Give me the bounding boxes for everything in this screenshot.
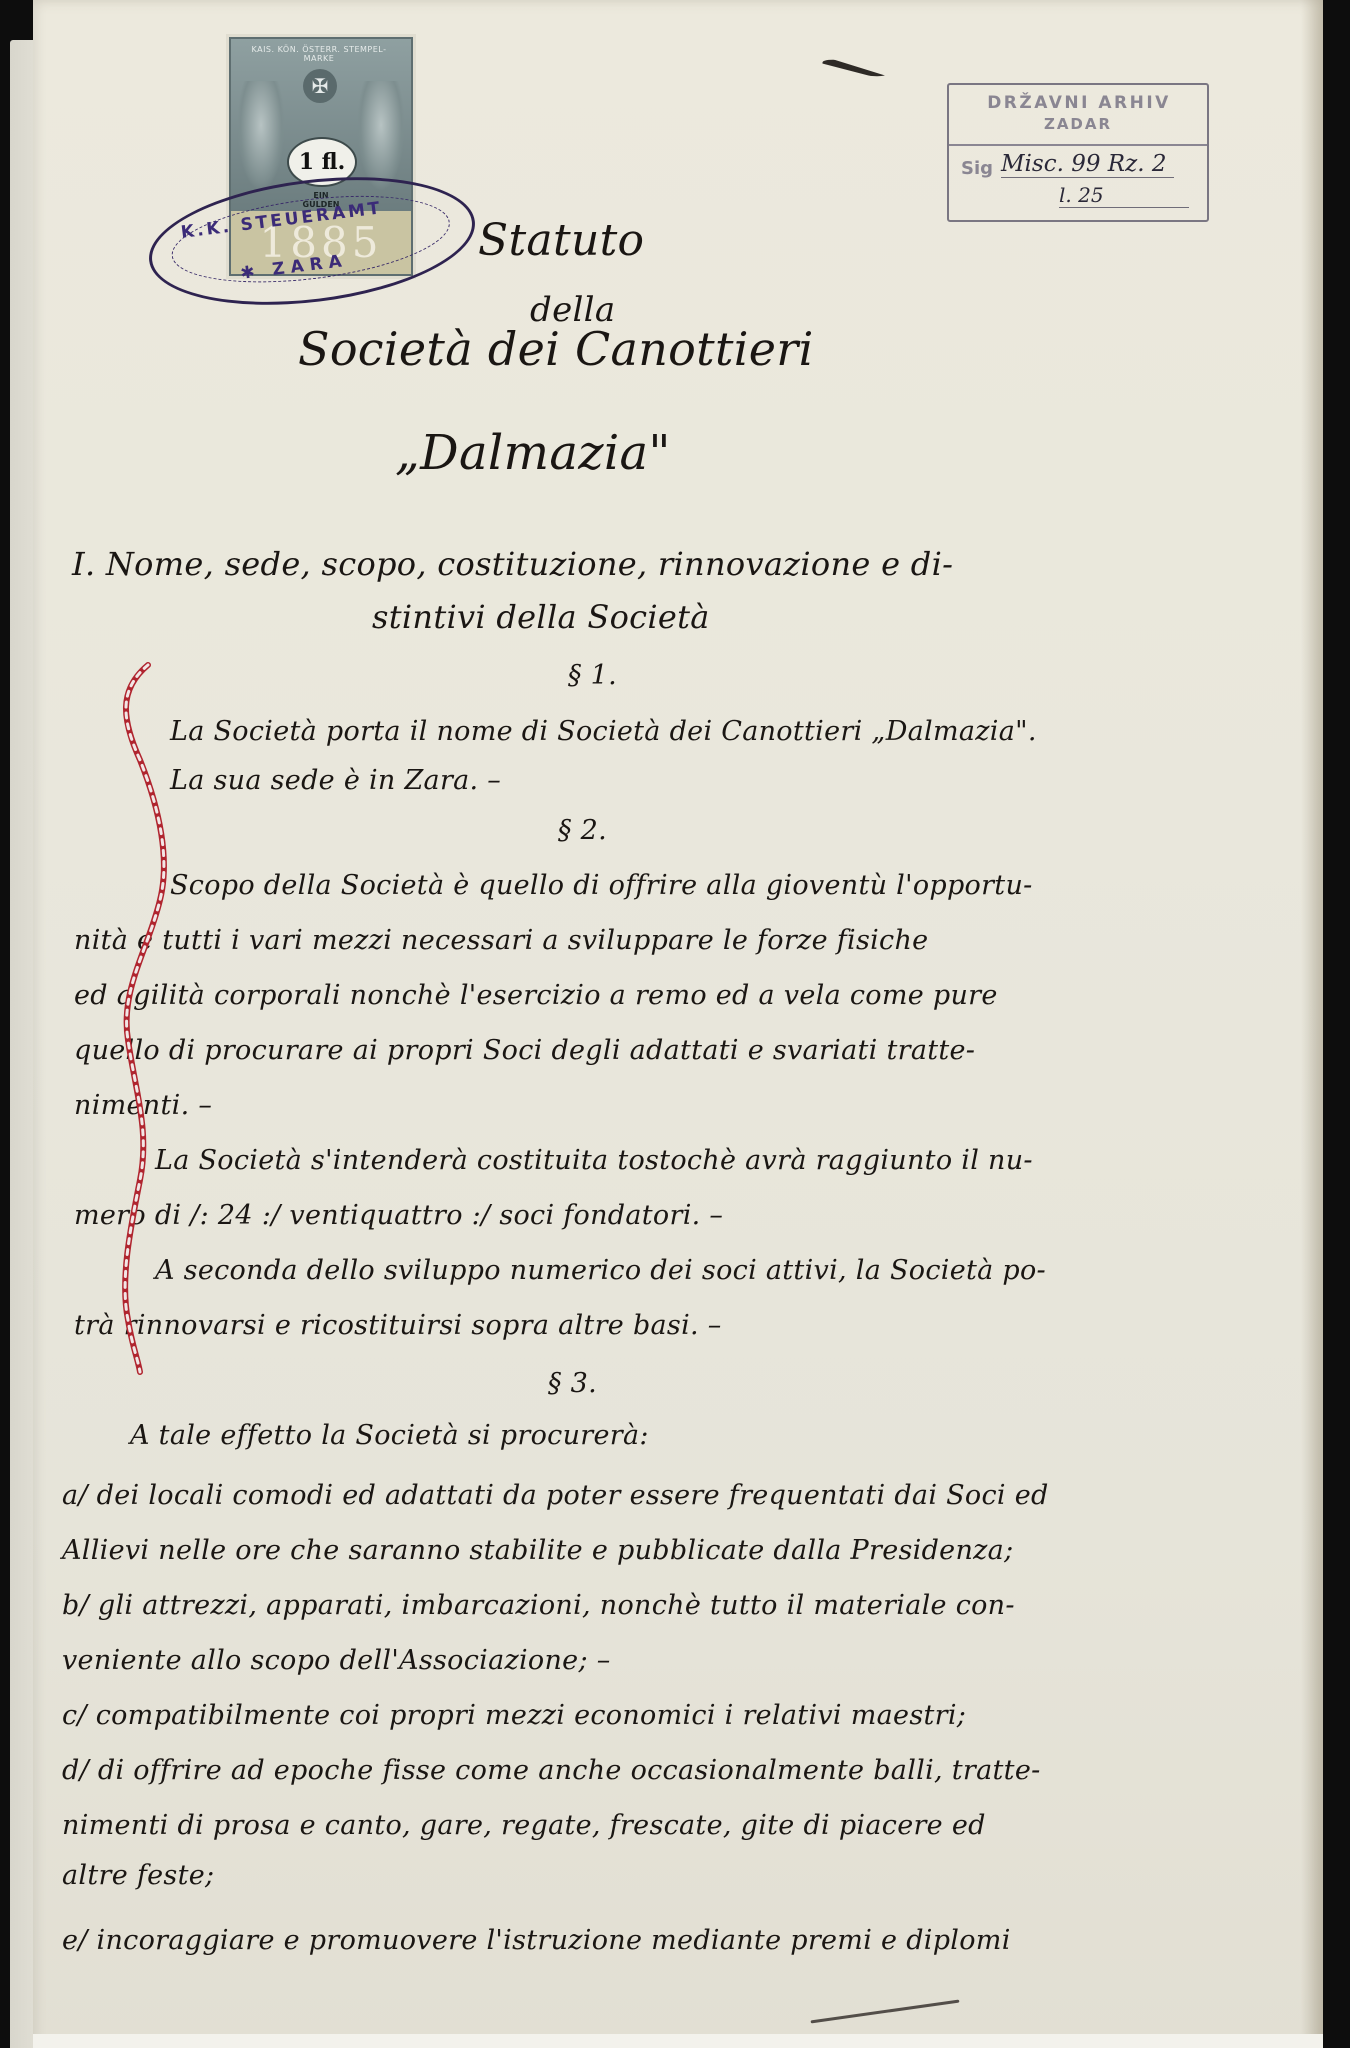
archive-signature-label: Sig [961,158,993,179]
section-3-line: nimenti di prosa e canto, gare, regate, … [62,1810,986,1841]
section-3-line: A tale effetto la Società si procurerà: [130,1420,649,1451]
section-2-line: mero di /: 24 :/ ventiquattro :/ soci fo… [74,1200,723,1231]
title-dalmazia: „Dalmazia" [395,425,671,481]
title-society-name: Società dei Canottieri [298,322,814,376]
archive-stamp: DRŽAVNI ARHIV ZADAR Sig Misc. 99 Rz. 2 l… [947,83,1209,222]
archive-name: DRŽAVNI ARHIV [961,93,1197,113]
section-3-item-c: c/ compatibilmente coi propri mezzi econ… [62,1700,966,1731]
section-2-line: Scopo della Società è quello di offrire … [170,870,1033,901]
section-3-line: altre feste; [62,1860,214,1891]
section-3-item-a: a/ dei locali comodi ed adattati da pote… [62,1480,1049,1511]
section-2-line: ed agilità corporali nonchè l'esercizio … [74,980,998,1011]
section-2-line: La Società s'intenderà costituita tostoc… [155,1145,1033,1176]
section-1-label: § 1. [568,660,617,691]
section-3-label: § 3. [548,1368,597,1399]
section-1-line: La Società porta il nome di Società dei … [170,716,1037,747]
section-1-line: La sua sede è in Zara. – [170,765,501,796]
archive-city: ZADAR [949,115,1207,133]
section-2-label: § 2. [558,815,607,846]
page-bottom-edge [33,2034,1323,2048]
chapter-heading-line-2: stintivi della Società [372,598,710,636]
archive-signature-line-1: Misc. 99 Rz. 2 [1001,151,1174,178]
archive-divider [949,144,1207,146]
section-2-line: nità e tutti i vari mezzi necessari a sv… [74,925,928,956]
page-right-edge-shadow [1301,0,1323,2048]
section-3-item-b: b/ gli attrezzi, apparati, imbarcazioni,… [62,1590,1015,1621]
section-2-line: A seconda dello sviluppo numerico dei so… [155,1255,1046,1286]
section-3-line: Allievi nelle ore che saranno stabilite … [62,1535,1013,1566]
stamp-figure-right-icon [357,81,405,191]
seal-star-icon: ✱ [239,262,262,284]
section-3-line: veniente allo scopo dell'Associazione; – [62,1645,611,1676]
document-page [33,0,1323,2048]
section-2-line: quello di procurare ai propri Soci degli… [74,1035,975,1066]
section-2-line: trà rinnovarsi e ricostituirsi sopra alt… [74,1310,722,1341]
section-3-item-d: d/ di offrire ad epoche fisse come anche… [62,1755,1041,1786]
title-statuto: Statuto [478,215,644,266]
double-headed-eagle-icon: ✠ [303,69,337,103]
chapter-heading-line-1: I. Nome, sede, scopo, costituzione, rinn… [72,545,953,583]
stamp-figure-left-icon [237,81,285,191]
archive-signature-line-2: l. 25 [1059,183,1189,208]
section-3-item-e: e/ incoraggiare e promuovere l'istruzion… [62,1925,1011,1956]
section-2-line: nimenti. – [74,1090,212,1121]
